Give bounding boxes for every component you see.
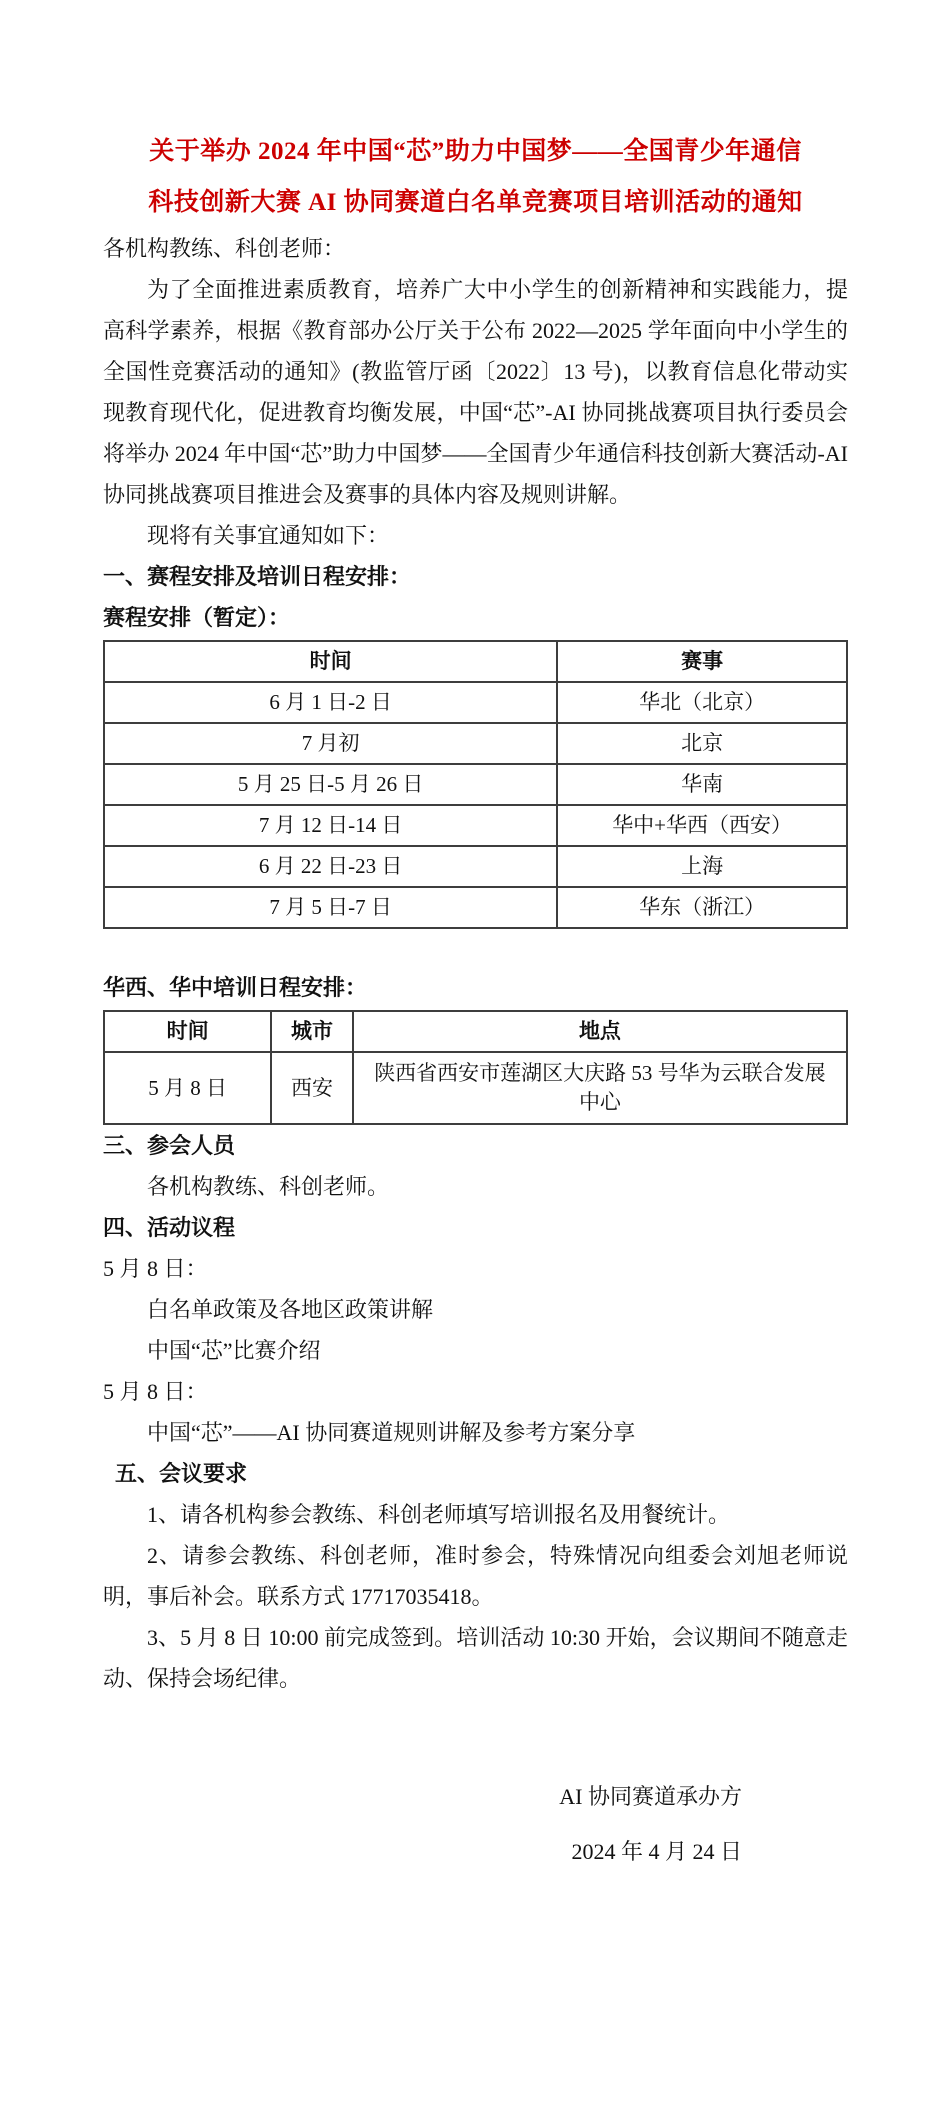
schedule-cell-time: 7 月 5 日-7 日 [104,887,557,928]
intro-paragraph: 为了全面推进素质教育，培养广大中小学生的创新精神和实践能力，提高科学素养，根据《… [103,269,848,515]
requirement-item: 2、请参会教练、科创老师，准时参会，特殊情况向组委会刘旭老师说明，事后补会。联系… [103,1535,848,1617]
table-row: 6 月 1 日-2 日 华北（北京） [104,682,847,723]
schedule-header-time: 时间 [104,641,557,682]
section3-body: 各机构教练、科创老师。 [103,1166,848,1207]
table-row: 7 月 12 日-14 日 华中+华西（西安） [104,805,847,846]
training-cell-city: 西安 [271,1052,353,1124]
table-row: 6 月 22 日-23 日 上海 [104,846,847,887]
agenda-item: 白名单政策及各地区政策讲解 [103,1289,848,1330]
document-title: 关于举办 2024 年中国“芯”助力中国梦——全国青少年通信 科技创新大赛 AI… [103,126,848,228]
section4-heading: 四、活动议程 [103,1207,848,1248]
section1-heading: 一、赛程安排及培训日程安排： [103,556,848,597]
notice-line: 现将有关事宜通知如下： [103,515,848,556]
training-header-city: 城市 [271,1011,353,1052]
schedule-cell-time: 5 月 25 日-5 月 26 日 [104,764,557,805]
training-header-time: 时间 [104,1011,271,1052]
document-title-line1: 关于举办 2024 年中国“芯”助力中国梦——全国青少年通信 [149,138,802,165]
document-title-line2: 科技创新大赛 AI 协同赛道白名单竞赛项目培训活动的通知 [148,189,802,216]
schedule-cell-event: 华南 [557,764,847,805]
schedule-cell-time: 6 月 1 日-2 日 [104,682,557,723]
training-heading: 华西、华中培训日程安排： [103,967,848,1008]
schedule-cell-event: 华东（浙江） [557,887,847,928]
schedule-cell-time: 6 月 22 日-23 日 [104,846,557,887]
table-row: 7 月初 北京 [104,723,847,764]
table-row: 5 月 25 日-5 月 26 日 华南 [104,764,847,805]
schedule-cell-event: 华北（北京） [557,682,847,723]
document-body: 各机构教练、科创老师： 为了全面推进素质教育，培养广大中小学生的创新精神和实践能… [103,228,848,1699]
signature-org: AI 协同赛道承办方 [103,1769,742,1824]
agenda-item: 中国“芯”比赛介绍 [103,1330,848,1371]
training-cell-place: 陕西省西安市莲湖区大庆路 53 号华为云联合发展中心 [353,1052,847,1124]
section5-heading: 五、会议要求 [103,1453,848,1494]
agenda-item: 中国“芯”——AI 协同赛道规则讲解及参考方案分享 [103,1412,848,1453]
signature-block: AI 协同赛道承办方 2024 年 4 月 24 日 [103,1769,848,1879]
signature-date: 2024 年 4 月 24 日 [103,1824,742,1879]
schedule-header-row: 时间 赛事 [104,641,847,682]
requirement-item: 1、请各机构参会教练、科创老师填写培训报名及用餐统计。 [103,1494,848,1535]
training-header-row: 时间 城市 地点 [104,1011,847,1052]
table-row: 5 月 8 日 西安 陕西省西安市莲湖区大庆路 53 号华为云联合发展中心 [104,1052,847,1124]
schedule-header-event: 赛事 [557,641,847,682]
section3-heading: 三、参会人员 [103,1125,848,1166]
agenda-date-label: 5 月 8 日： [103,1248,848,1289]
schedule-cell-event: 上海 [557,846,847,887]
agenda-date-label: 5 月 8 日： [103,1371,848,1412]
training-header-place: 地点 [353,1011,847,1052]
schedule-table: 时间 赛事 6 月 1 日-2 日 华北（北京） 7 月初 北京 5 月 25 … [103,640,848,929]
schedule-cell-time: 7 月 12 日-14 日 [104,805,557,846]
schedule-subheading: 赛程安排（暂定）： [103,597,848,638]
notice-document-page: 关于举办 2024 年中国“芯”助力中国梦——全国青少年通信 科技创新大赛 AI… [0,0,952,2117]
schedule-cell-event: 北京 [557,723,847,764]
training-cell-time: 5 月 8 日 [104,1052,271,1124]
training-table: 时间 城市 地点 5 月 8 日 西安 陕西省西安市莲湖区大庆路 53 号华为云… [103,1010,848,1125]
schedule-cell-time: 7 月初 [104,723,557,764]
salutation: 各机构教练、科创老师： [103,228,848,269]
schedule-cell-event: 华中+华西（西安） [557,805,847,846]
requirement-item: 3、5 月 8 日 10:00 前完成签到。培训活动 10:30 开始，会议期间… [103,1617,848,1699]
table-row: 7 月 5 日-7 日 华东（浙江） [104,887,847,928]
